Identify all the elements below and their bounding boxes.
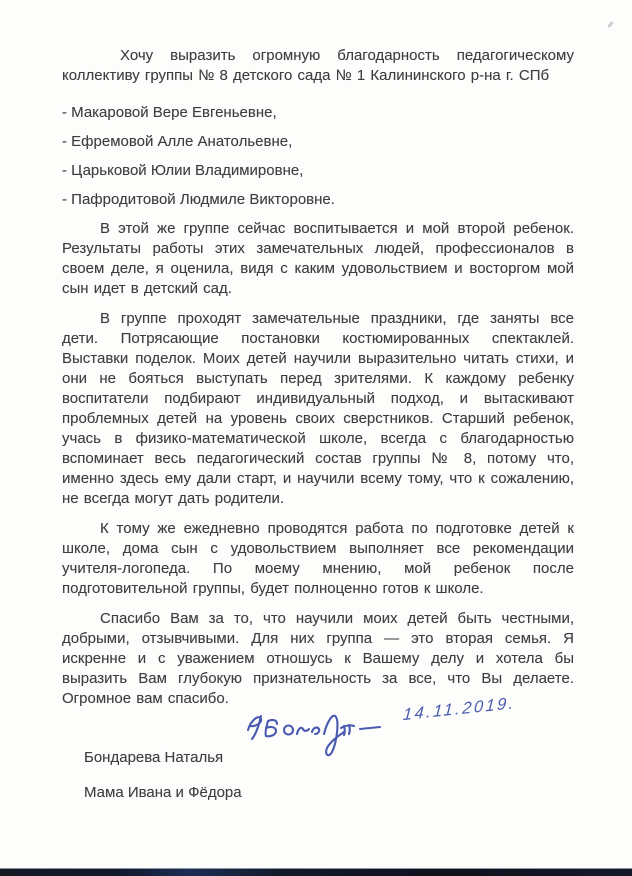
scanned-letter-page: Хочу выразить огромную благодарность пед…: [0, 0, 632, 876]
recipient-line: - Пафродитовой Людмиле Викторовне.: [62, 190, 574, 210]
scan-speck: [607, 21, 614, 28]
opening-paragraph: Хочу выразить огромную благодарность пед…: [62, 46, 574, 86]
body-paragraph: В этой же группе сейчас воспитывается и …: [62, 219, 574, 299]
body-paragraph: К тому же ежедневно проводятся работа по…: [62, 519, 574, 599]
recipient-line: - Макаровой Вере Евгеньевне,: [62, 103, 574, 123]
recipient-line: - Ефремовой Алле Анатольевне,: [62, 132, 574, 152]
scan-edge-shadow: [0, 868, 632, 876]
body-paragraph: В группе проходят замечательные праздник…: [62, 309, 574, 509]
recipient-line: - Царьковой Юлии Владимировне,: [62, 161, 574, 181]
signer-role: Мама Ивана и Фёдора: [84, 783, 574, 803]
handwritten-signature-ink: [240, 698, 395, 764]
